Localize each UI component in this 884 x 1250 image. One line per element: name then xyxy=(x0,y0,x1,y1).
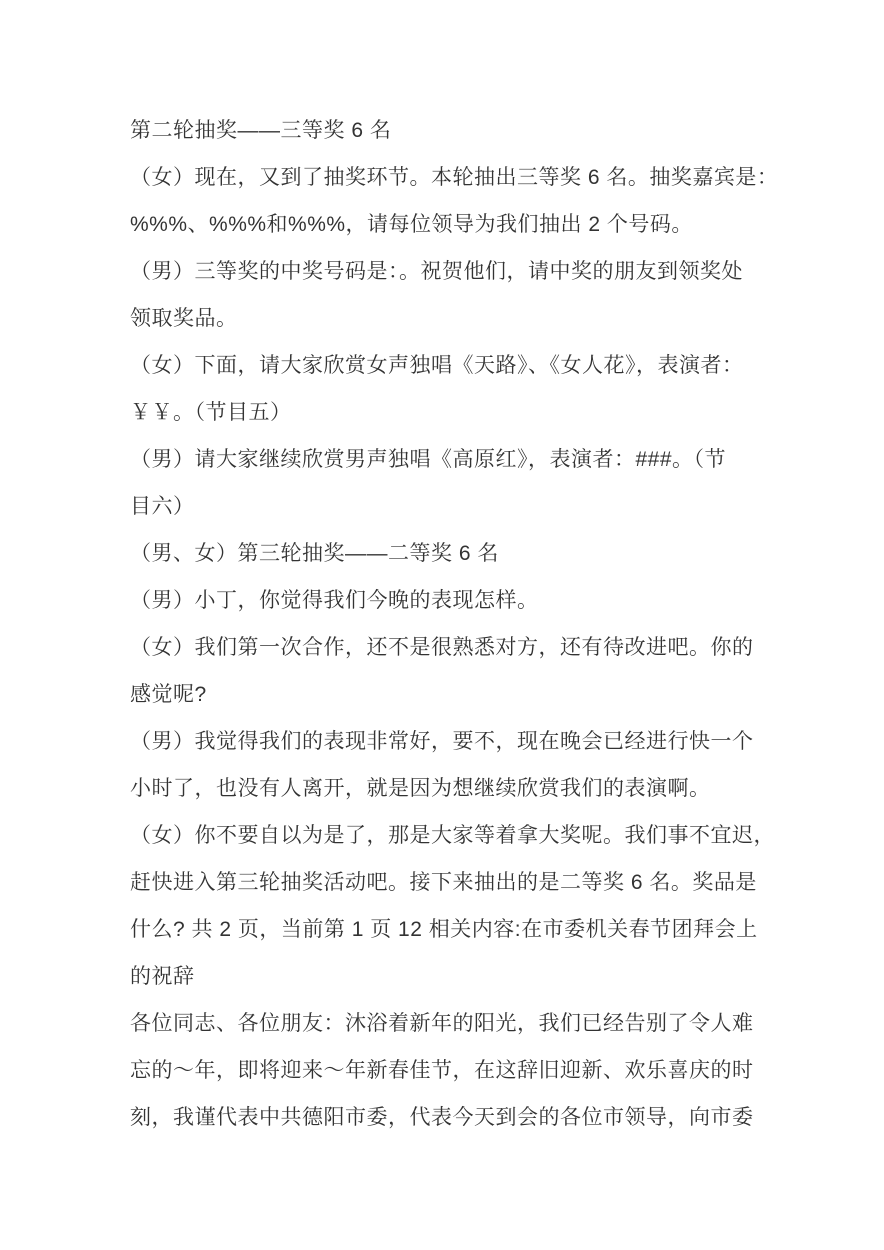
text-line: 刻，我谨代表中共德阳市委，代表今天到会的各位市领导，向市委 xyxy=(130,1094,778,1141)
paragraph: 各位同志、各位朋友：沐浴着新年的阳光，我们已经告别了令人难忘的～年，即将迎来～年… xyxy=(130,1000,778,1141)
text-line: ￥￥。（节目五） xyxy=(130,389,778,436)
text-line: 赶快进入第三轮抽奖活动吧。接下来抽出的是二等奖 6 名。奖品是 xyxy=(130,859,778,906)
text-line: （男）我觉得我们的表现非常好，要不，现在晚会已经进行快一个 xyxy=(130,718,778,765)
text-line: （女）现在，又到了抽奖环节。本轮抽出三等奖 6 名。抽奖嘉宾是： xyxy=(130,154,778,201)
text-line: （女）下面，请大家欣赏女声独唱《天路》、《女人花》，表演者： xyxy=(130,342,778,389)
text-line: 目六） xyxy=(130,483,778,530)
text-line: （女）你不要自以为是了，那是大家等着拿大奖呢。我们事不宜迟， xyxy=(130,812,778,859)
paragraph: （男）小丁，你觉得我们今晚的表现怎样。 xyxy=(130,577,778,624)
text-line: 忘的～年，即将迎来～年新春佳节，在这辞旧迎新、欢乐喜庆的时 xyxy=(130,1047,778,1094)
text-line: 的祝辞 xyxy=(130,953,778,1000)
paragraph: （男）请大家继续欣赏男声独唱《高原红》，表演者：###。（节目六） xyxy=(130,436,778,530)
paragraph: （男）三等奖的中奖号码是：。祝贺他们，请中奖的朋友到领奖处领取奖品。 xyxy=(130,248,778,342)
text-line: 领取奖品。 xyxy=(130,295,778,342)
text-line: 感觉呢? xyxy=(130,671,778,718)
document-content: 第二轮抽奖——三等奖 6 名（女）现在，又到了抽奖环节。本轮抽出三等奖 6 名。… xyxy=(130,107,778,1141)
paragraph: （女）你不要自以为是了，那是大家等着拿大奖呢。我们事不宜迟，赶快进入第三轮抽奖活… xyxy=(130,812,778,1000)
paragraph: （男）我觉得我们的表现非常好，要不，现在晚会已经进行快一个小时了，也没有人离开，… xyxy=(130,718,778,812)
paragraph: （女）我们第一次合作，还不是很熟悉对方，还有待改进吧。你的感觉呢? xyxy=(130,624,778,718)
text-line: （女）我们第一次合作，还不是很熟悉对方，还有待改进吧。你的 xyxy=(130,624,778,671)
paragraph: （女）现在，又到了抽奖环节。本轮抽出三等奖 6 名。抽奖嘉宾是：%%%、%%%和… xyxy=(130,154,778,248)
text-line: 各位同志、各位朋友：沐浴着新年的阳光，我们已经告别了令人难 xyxy=(130,1000,778,1047)
document-page: 第二轮抽奖——三等奖 6 名（女）现在，又到了抽奖环节。本轮抽出三等奖 6 名。… xyxy=(0,0,884,1250)
text-line: 第二轮抽奖——三等奖 6 名 xyxy=(130,107,778,154)
paragraph: （女）下面，请大家欣赏女声独唱《天路》、《女人花》，表演者：￥￥。（节目五） xyxy=(130,342,778,436)
text-line: （男、女）第三轮抽奖——二等奖 6 名 xyxy=(130,530,778,577)
text-line: （男）小丁，你觉得我们今晚的表现怎样。 xyxy=(130,577,778,624)
text-line: （男）三等奖的中奖号码是：。祝贺他们，请中奖的朋友到领奖处 xyxy=(130,248,778,295)
text-line: （男）请大家继续欣赏男声独唱《高原红》，表演者：###。（节 xyxy=(130,436,778,483)
text-line: 什么? 共 2 页，当前第 1 页 12 相关内容:在市委机关春节团拜会上 xyxy=(130,906,778,953)
paragraph: 第二轮抽奖——三等奖 6 名 xyxy=(130,107,778,154)
paragraph: （男、女）第三轮抽奖——二等奖 6 名 xyxy=(130,530,778,577)
text-line: %%%、%%%和%%%，请每位领导为我们抽出 2 个号码。 xyxy=(130,201,778,248)
text-line: 小时了，也没有人离开，就是因为想继续欣赏我们的表演啊。 xyxy=(130,765,778,812)
